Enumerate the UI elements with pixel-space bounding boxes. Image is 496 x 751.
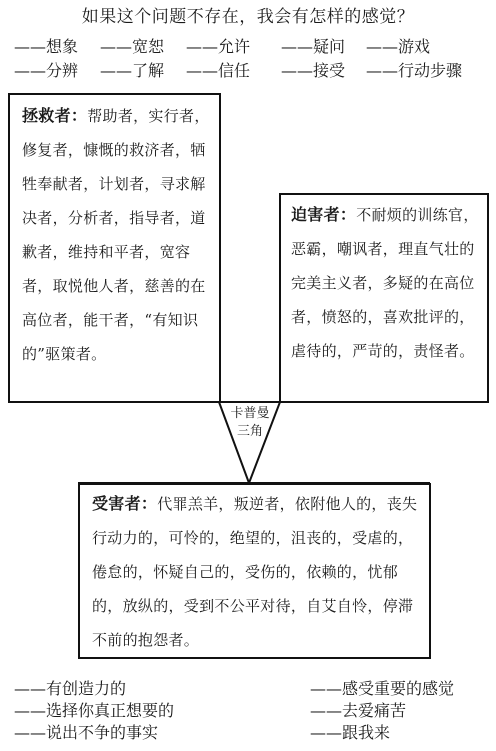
victim-colon: ： [141,494,157,513]
bottom-left-options: ——有创造力的 ——选择你真正想要的 ——说出不争的事实 [14,678,174,744]
persecutor-colon: ： [340,205,356,224]
persecutor-role-label: 迫害者 [291,205,340,224]
rescuer-description: 帮助者，实行者，修复者，慷慨的救济者，牺牲奉献者，计划者，寻求解决者，分析者，指… [22,107,210,363]
option-feel-important-feelings: ——感受重要的感觉 [310,678,454,700]
victim-box: 受害者：代罪羔羊，叛逆者，依附他人的，丧失行动力的，可怜的，绝望的，沮丧的，受虐… [78,483,431,659]
victim-role-label: 受害者 [92,494,141,513]
option-state-facts: ——说出不争的事实 [14,722,174,744]
option-trust: ——信任 [186,61,250,81]
option-forgive: ——宽恕 [100,37,164,57]
option-understand: ——了解 [100,61,164,81]
rescuer-box: 拯救者：帮助者，实行者，修复者，慷慨的救济者，牺牲奉献者，计划者，寻求解决者，分… [8,93,221,403]
rescuer-role-label: 拯救者 [22,106,71,125]
option-play: ——游戏 [366,37,430,57]
option-question: ——疑问 [281,37,345,57]
diagram-title: 如果这个问题不存在，我会有怎样的感觉？ [0,6,496,28]
triangle-label-line-1: 卡普曼 [220,405,280,423]
triangle-label-line-2: 三角 [220,423,280,441]
option-creative: ——有创造力的 [14,678,174,700]
rescuer-colon: ： [71,106,87,125]
persecutor-box: 迫害者：不耐烦的训练官，恶霸，嘲讽者，理直气壮的完美主义者，多疑的在高位者，愤怒… [279,193,489,403]
option-choose-what-you-want: ——选择你真正想要的 [14,700,174,722]
option-follow-me: ——跟我来 [310,722,454,744]
option-love-pain: ——去爱痛苦 [310,700,454,722]
option-imagine: ——想象 [14,37,78,57]
victim-description: 代罪羔羊，叛逆者，依附他人的，丧失行动力的，可怜的，绝望的，沮丧的，受虐的，倦怠… [92,495,417,649]
option-discern: ——分辨 [14,61,78,81]
option-action-steps: ——行动步骤 [366,61,462,81]
option-accept: ——接受 [281,61,345,81]
karpman-triangle-label: 卡普曼 三角 [220,405,280,441]
persecutor-description: 不耐烦的训练官，恶霸，嘲讽者，理直气壮的完美主义者，多疑的在高位者，愤怒的，喜欢… [291,206,479,360]
option-allow: ——允许 [186,37,250,57]
bottom-right-options: ——感受重要的感觉 ——去爱痛苦 ——跟我来 [310,678,454,744]
